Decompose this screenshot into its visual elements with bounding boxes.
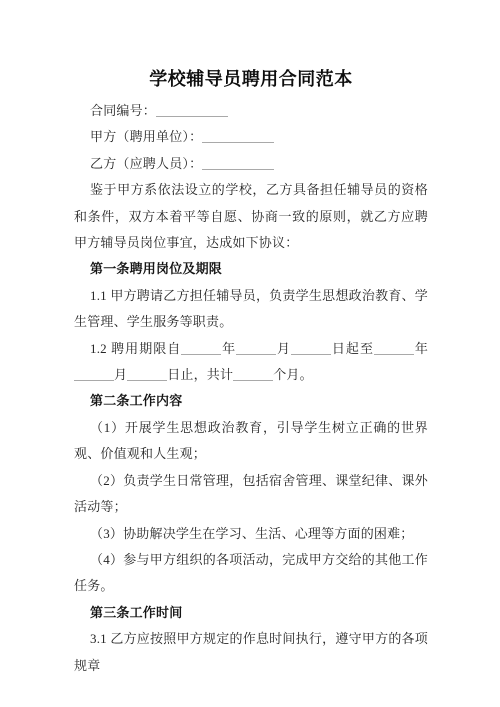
party-a-line: 甲方（聘用单位）： <box>74 124 428 150</box>
fill-in-blank <box>233 368 273 381</box>
fill-in-blank <box>156 104 228 117</box>
clause-2-3: （3）协助解决学生在学习、生活、心理等方面的困难； <box>74 521 428 547</box>
fill-in-blank <box>291 342 331 355</box>
clause-1-2: 1.2 聘用期限自年月日起至年月日止，共计个月。 <box>74 336 428 389</box>
contract-number-line: 合同编号： <box>74 98 428 124</box>
fill-in-blank <box>127 368 167 381</box>
clause-3-1: 3.1 乙方应按照甲方规定的作息时间执行，遵守甲方的各项规章 <box>74 626 428 679</box>
section-3-heading: 第三条工作时间 <box>74 600 428 626</box>
contract-document-page: 学校辅导员聘用合同范本 合同编号： 甲方（聘用单位）： 乙方（应聘人员）： 鉴于… <box>0 0 500 707</box>
section-1-heading: 第一条聘用岗位及期限 <box>74 256 428 282</box>
clause-2-1: （1）开展学生思想政治教育，引导学生树立正确的世界观、价值观和人生观； <box>74 415 428 468</box>
fill-in-blank <box>181 342 221 355</box>
fill-in-blank <box>202 157 274 170</box>
clause-2-4: （4）参与甲方组织的各项活动，完成甲方交给的其他工作任务。 <box>74 547 428 600</box>
document-title: 学校辅导员聘用合同范本 <box>74 66 428 92</box>
section-2-heading: 第二条工作内容 <box>74 388 428 414</box>
fill-in-blank <box>236 342 276 355</box>
preamble-paragraph: 鉴于甲方系依法设立的学校，乙方具备担任辅导员的资格和条件，双方本着平等自愿、协商… <box>74 177 428 256</box>
clause-2-2: （2）负责学生日常管理，包括宿舍管理、课堂纪律、课外活动等； <box>74 468 428 521</box>
fill-in-blank <box>374 342 414 355</box>
fill-in-blank <box>74 368 114 381</box>
fill-in-blank <box>202 130 274 143</box>
party-b-line: 乙方（应聘人员）： <box>74 151 428 177</box>
clause-1-1: 1.1 甲方聘请乙方担任辅导员，负责学生思想政治教育、学生管理、学生服务等职责。 <box>74 283 428 336</box>
